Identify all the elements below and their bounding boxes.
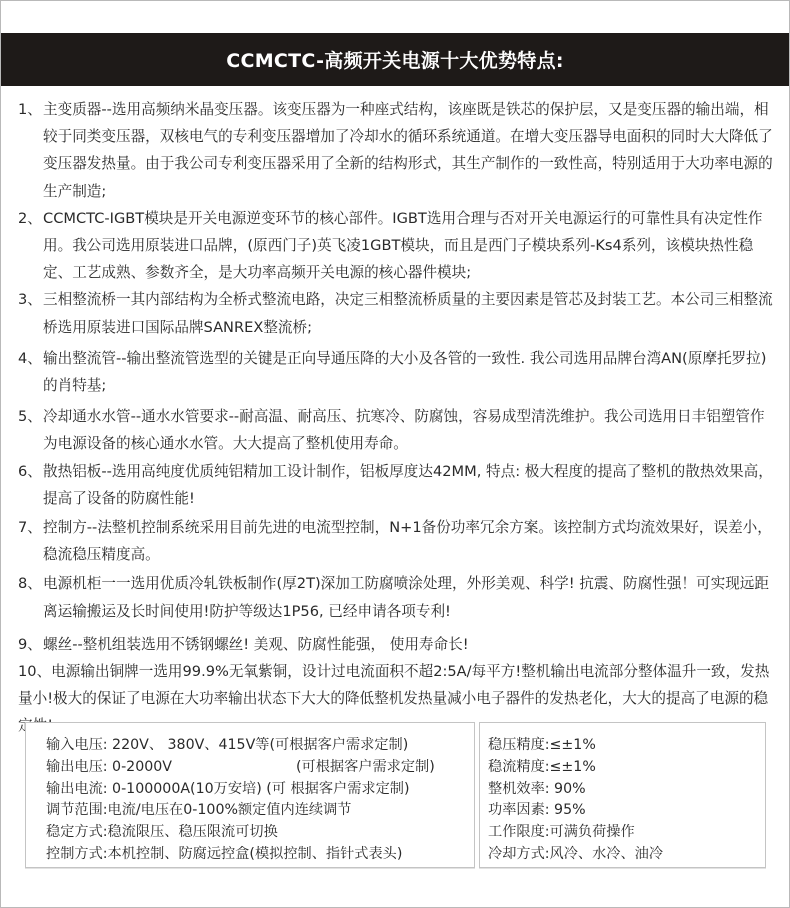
spec-input-voltage: 输入电压: 220V、 380V、415V等(可根据客户需求定制) [46, 735, 464, 757]
feature-number: 7、 [18, 514, 43, 568]
feature-item-5: 5、 冷却通水水管--通水水管要求--耐高温、耐高压、抗寒冷、防腐蚀，容易成型清… [18, 403, 778, 457]
feature-item-9: 9、 螺丝--整机组装选用不锈钢螺丝! 美观、防腐性能强， 使用寿命长! [18, 631, 778, 658]
spec-output-voltage: 输出电压: 0-2000V(可根据客户需求定制) [46, 757, 464, 779]
spec-output-current: 输出电流: 0-100000A(10万安培) (可 根据客户需求定制) [46, 779, 464, 801]
feature-number: 3、 [18, 286, 43, 340]
feature-number: 10、 [18, 663, 51, 680]
spec-efficiency: 整机效率: 90% [488, 779, 759, 801]
feature-text: 散热铝板--选用高纯度优质纯铝精加工设计制作，铝板厚度达42MM, 特点: 极大… [43, 458, 778, 512]
spec-stabilize-mode: 稳定方式:稳流限压、稳压限流可切换 [46, 822, 464, 844]
feature-text: 三相整流桥一其内部结构为全桥式整流电路，决定三相整流桥质量的主要因素是管芯及封装… [43, 286, 778, 340]
header-banner: CCMCTC-高频开关电源十大优势特点: [1, 33, 789, 86]
feature-text: 电源机柜一一选用优质冷轧铁板制作(厚2T)深加工防腐喷涂处理，外形美观、科学! … [43, 570, 778, 624]
page-title: CCMCTC-高频开关电源十大优势特点: [226, 46, 564, 73]
spec-adjust-range: 调节范围:电流/电压在0-100%额定值内连续调节 [46, 800, 464, 822]
feature-item-3: 3、 三相整流桥一其内部结构为全桥式整流电路，决定三相整流桥质量的主要因素是管芯… [18, 286, 778, 340]
feature-item-2: 2、 CCMCTC-IGBT模块是开关电源逆变环节的核心部件。IGBT选用合理与… [18, 205, 778, 287]
feature-number: 6、 [18, 458, 43, 512]
spec-box-electrical: 输入电压: 220V、 380V、415V等(可根据客户需求定制) 输出电压: … [25, 722, 475, 868]
spec-box-performance: 稳压精度:≤±1% 稳流精度:≤±1% 整机效率: 90% 功率因素: 95% … [479, 722, 766, 868]
feature-item-4: 4、 输出整流管--输出整流管选型的关键是正向导通压降的大小及各管的一致性. 我… [18, 345, 778, 399]
feature-text: CCMCTC-IGBT模块是开关电源逆变环节的核心部件。IGBT选用合理与否对开… [43, 205, 778, 287]
feature-number: 1、 [18, 96, 43, 205]
feature-text: 控制方--法整机控制系统采用目前先进的电流型控制，N+1备份功率冗余方案。该控制… [43, 514, 778, 568]
feature-text: 螺丝--整机组装选用不锈钢螺丝! 美观、防腐性能强， 使用寿命长! [43, 631, 778, 658]
feature-text: 主变质器--选用高频纳米晶变压器。该变压器为一种座式结构，该座既是铁芯的保护层，… [43, 96, 778, 205]
feature-number: 5、 [18, 403, 43, 457]
spec-power-factor: 功率因素: 95% [488, 800, 759, 822]
feature-text: 冷却通水水管--通水水管要求--耐高温、耐高压、抗寒冷、防腐蚀，容易成型清洗维护… [43, 403, 778, 457]
feature-item-8: 8、 电源机柜一一选用优质冷轧铁板制作(厚2T)深加工防腐喷涂处理，外形美观、科… [18, 570, 778, 624]
spec-cooling-method: 冷却方式:风冷、水冷、油冷 [488, 844, 759, 866]
feature-list: 1、 主变质器--选用高频纳米晶变压器。该变压器为一种座式结构，该座既是铁芯的保… [18, 96, 778, 740]
spec-voltage-accuracy: 稳压精度:≤±1% [488, 735, 759, 757]
feature-item-1: 1、 主变质器--选用高频纳米晶变压器。该变压器为一种座式结构，该座既是铁芯的保… [18, 96, 778, 205]
spec-current-accuracy: 稳流精度:≤±1% [488, 757, 759, 779]
feature-number: 2、 [18, 205, 43, 287]
feature-item-6: 6、 散热铝板--选用高纯度优质纯铝精加工设计制作，铝板厚度达42MM, 特点:… [18, 458, 778, 512]
feature-number: 8、 [18, 570, 43, 624]
feature-number: 9、 [18, 631, 43, 658]
feature-text: 输出整流管--输出整流管选型的关键是正向导通压降的大小及各管的一致性. 我公司选… [43, 345, 778, 399]
feature-item-7: 7、 控制方--法整机控制系统采用目前先进的电流型控制，N+1备份功率冗余方案。… [18, 514, 778, 568]
feature-number: 4、 [18, 345, 43, 399]
spec-work-limit: 工作限度:可满负荷操作 [488, 822, 759, 844]
spec-control-mode: 控制方式:本机控制、防腐远控盒(模拟控制、指针式表头) [46, 844, 464, 866]
